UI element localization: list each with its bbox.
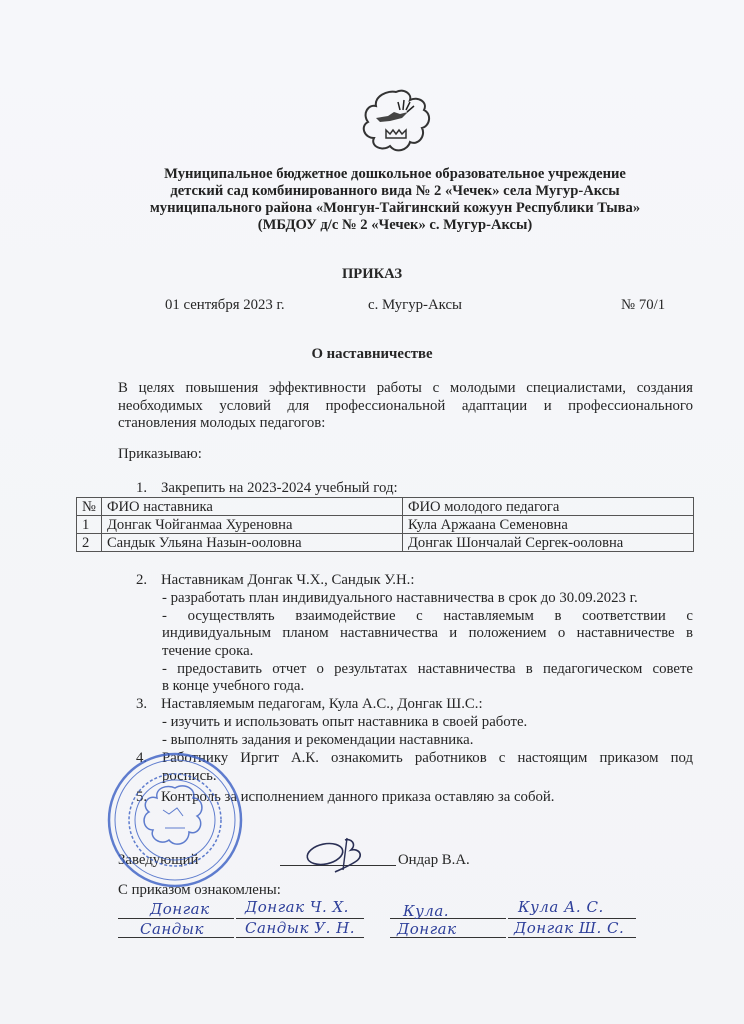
header-cell: №	[77, 498, 102, 516]
ack-handwritten-name: Сандык У. Н.	[245, 919, 355, 937]
item-subpoint: - осуществлять взаимодействие с наставля…	[162, 608, 693, 625]
order-word: Приказываю:	[118, 446, 202, 463]
item-subpoint: - предоставить отчет о результатах наста…	[162, 661, 693, 678]
order-place: с. Мугур-Аксы	[368, 297, 462, 314]
signer-name: Ондар В.А.	[398, 852, 470, 869]
ack-handwritten-name: Донгак Ч. Х.	[245, 898, 349, 916]
item-number: 2.	[136, 572, 147, 589]
order-date: 01 сентября 2023 г.	[165, 297, 285, 314]
item-subpoint: - выполнять задания и рекомендации наста…	[162, 732, 693, 749]
order-number: № 70/1	[621, 297, 665, 314]
item-subpoint: в конце учебного года.	[162, 678, 693, 695]
table-cell: Сандык Ульяна Назын-ооловна	[101, 534, 402, 552]
mentorship-table: № ФИО наставника ФИО молодого педагога 1…	[76, 497, 694, 552]
item-subpoint: индивидуальным планом наставничества и п…	[162, 625, 693, 642]
org-line: (МБДОУ д/с № 2 «Чечек» с. Мугур-Аксы)	[100, 217, 690, 234]
item-number: 3.	[136, 696, 147, 713]
ack-handwritten-name: Донгак Ш. С.	[514, 919, 624, 937]
item-text: Наставляемым педагогам, Кула А.С., Донга…	[161, 696, 483, 713]
header-cell: ФИО наставника	[101, 498, 402, 516]
org-line: муниципального района «Монгун-Тайгинский…	[100, 200, 690, 217]
ack-signature: Донгак	[150, 900, 210, 918]
header-cell: ФИО молодого педагога	[402, 498, 693, 516]
preamble-line: В целях повышения эффективности работы с…	[118, 380, 693, 398]
org-line: детский сад комбинированного вида № 2 «Ч…	[100, 183, 690, 200]
order-subject: О наставничестве	[0, 346, 744, 363]
ack-name-line	[508, 937, 636, 938]
document-page: Муниципальное бюджетное дошкольное образ…	[0, 0, 744, 1024]
ack-signature: Сандык	[140, 920, 204, 938]
table-row: 1 Донгак Чойганмаа Хуреновна Кула Аржаан…	[77, 516, 694, 534]
ack-signature: Кула.	[403, 902, 449, 920]
table-cell: 2	[77, 534, 102, 552]
item-text: Наставникам Донгак Ч.Х., Сандык У.Н.:	[161, 572, 414, 589]
preamble-line: необходимых условий для профессиональной…	[118, 398, 693, 416]
table-cell: 1	[77, 516, 102, 534]
organization-name: Муниципальное бюджетное дошкольное образ…	[100, 166, 690, 234]
item-number: 1.	[136, 480, 147, 497]
ack-signature-line	[118, 918, 234, 919]
ack-name-line	[236, 937, 364, 938]
handwritten-signature-icon	[295, 830, 395, 875]
item-subpoint: - разработать план индивидуального наста…	[162, 590, 693, 607]
order-title: ПРИКАЗ	[0, 266, 744, 283]
official-stamp-icon	[105, 748, 275, 898]
table-cell: Донгак Чойганмаа Хуреновна	[101, 516, 402, 534]
ack-handwritten-name: Кула А. С.	[518, 898, 604, 916]
table-header-row: № ФИО наставника ФИО молодого педагога	[77, 498, 694, 516]
org-line: Муниципальное бюджетное дошкольное образ…	[100, 166, 690, 183]
preamble: В целях повышения эффективности работы с…	[118, 380, 693, 433]
item-subpoint: течение срока.	[162, 643, 693, 660]
item-text: Закрепить на 2023-2024 учебный год:	[161, 480, 398, 497]
tuva-emblem-icon	[360, 88, 432, 154]
table-row: 2 Сандык Ульяна Назын-ооловна Донгак Шон…	[77, 534, 694, 552]
table-cell: Кула Аржаана Семеновна	[402, 516, 693, 534]
ack-signature: Донгак	[397, 920, 457, 938]
preamble-line: становления молодых педагогов:	[118, 415, 693, 433]
item-subpoint: - изучить и использовать опыт наставника…	[162, 714, 693, 731]
table-cell: Донгак Шончалай Сергек-ооловна	[402, 534, 693, 552]
acknowledgement-label: С приказом ознакомлены:	[118, 882, 281, 899]
